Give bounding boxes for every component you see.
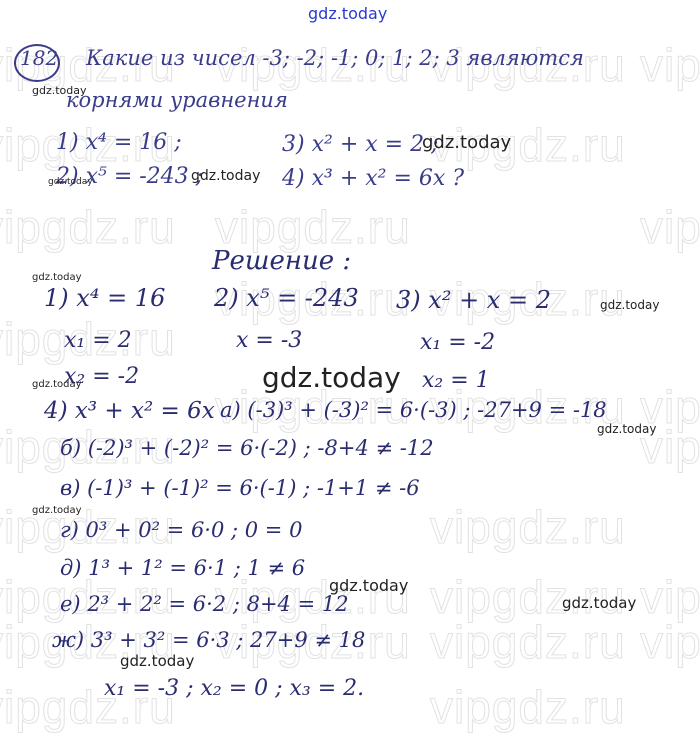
overlay-watermark: gdz.today [32,379,82,390]
header-watermark: gdz.today [308,4,387,23]
solution-part2-equation: 2) x⁵ = -243 [214,284,359,312]
overlay-watermark: gdz.today [600,298,659,312]
solution-part4-check-v: в) (-1)³ + (-1)² = 6·(-1) ; -1+1 ≠ -6 [60,476,420,500]
overlay-watermark: gdz.today [422,132,511,153]
watermark: vipgdz.ru [430,680,626,734]
problem-statement-line1: Какие из чисел -3; -2; -1; 0; 1; 2; 3 яв… [86,46,584,70]
solution-part4-check-e: е) 2³ + 2² = 6·2 ; 8+4 = 12 [60,592,349,616]
overlay-watermark: gdz.today [32,505,82,516]
watermark: vipgdz.ru [640,38,700,92]
solution-answer: x₁ = -3 ; x₂ = 0 ; x₃ = 2. [104,676,364,701]
overlay-watermark: gdz.today [562,594,636,612]
overlay-watermark: gdz.today [32,272,82,283]
solution-part1-root1: x₁ = 2 [64,328,132,353]
homework-page: vipgdz.ru vipgdz.ru vipgdz.ru vipgdz.ru … [0,0,700,738]
solution-part4-check-a: а) (-3)³ + (-3)² = 6·(-3) ; -27+9 = -18 [220,398,607,422]
problem-equation-4: 4) x³ + x² = 6x ? [282,166,464,191]
problem-statement-line2: корнями уравнения [66,88,288,112]
overlay-watermark: gdz.today [120,652,194,670]
problem-equation-1: 1) x⁴ = 16 ; [56,130,182,155]
watermark: vipgdz.ru [0,200,176,254]
solution-part3-equation: 3) x² + x = 2 [396,286,551,314]
solution-part3-root1: x₁ = -2 [420,330,495,355]
solution-part1-equation: 1) x⁴ = 16 [44,284,165,312]
solution-part4-check-d: д) 1³ + 1² = 6·1 ; 1 ≠ 6 [60,556,305,580]
watermark: vipgdz.ru [640,200,700,254]
overlay-watermark: gdz.today [191,168,260,184]
overlay-watermark: gdz.today [48,177,93,187]
solution-part2-root: x = -3 [236,328,302,353]
watermark: vipgdz.ru [430,500,626,554]
problem-number: 182 [20,46,58,70]
solution-part4-equation: 4) x³ + x² = 6x [44,398,215,424]
overlay-watermark: gdz.today [32,84,87,97]
solution-heading: Решение : [212,246,351,276]
watermark: vipgdz.ru [640,615,700,669]
overlay-watermark: gdz.today [262,361,401,394]
problem-equation-3: 3) x² + x = 2 ; [282,132,438,157]
solution-part4-check-zh: ж) 3³ + 3² = 6·3 ; 27+9 ≠ 18 [52,628,365,652]
overlay-watermark: gdz.today [597,422,656,436]
overlay-watermark: gdz.today [329,576,408,595]
watermark: vipgdz.ru [430,615,626,669]
solution-part4-check-b: б) (-2)³ + (-2)² = 6·(-2) ; -8+4 ≠ -12 [60,436,434,460]
solution-part3-root2: x₂ = 1 [422,368,490,393]
solution-part4-check-g: г) 0³ + 0² = 6·0 ; 0 = 0 [60,518,302,542]
